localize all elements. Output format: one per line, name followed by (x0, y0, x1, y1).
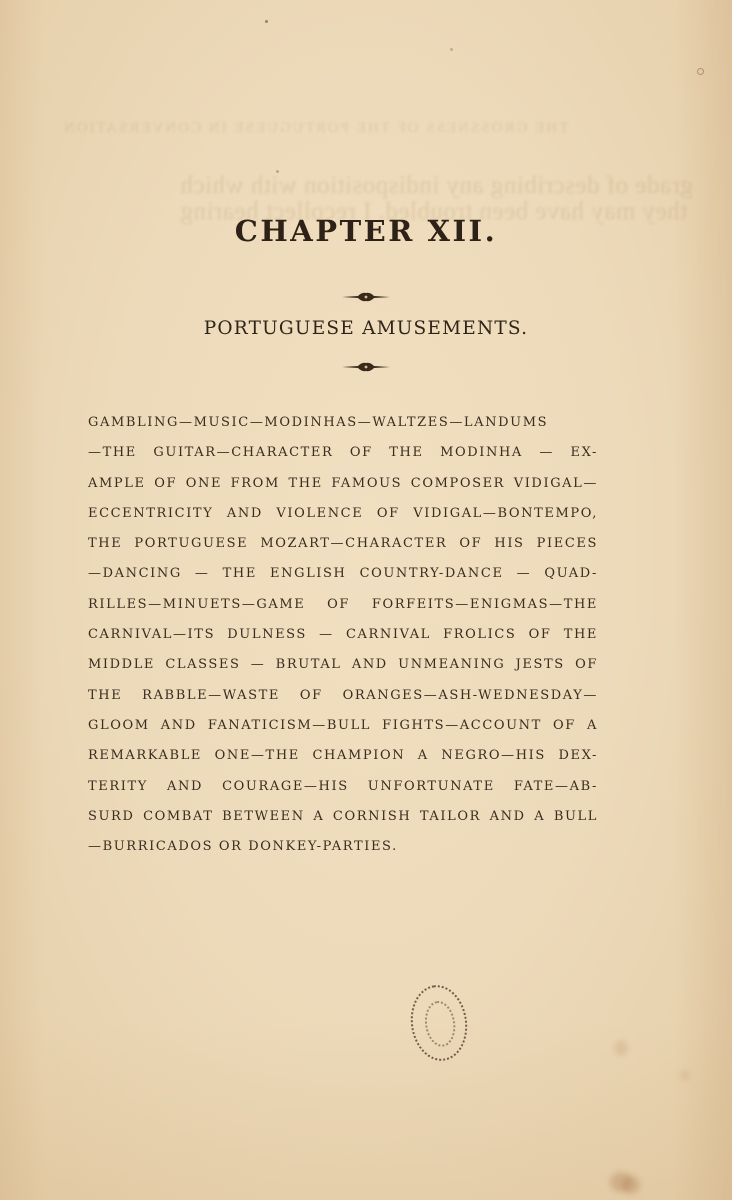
stamp-inner-ring (422, 999, 458, 1049)
synopsis-line: —THE GUITAR—CHARACTER OF THE MODINHA — E… (88, 442, 598, 472)
synopsis-line: MIDDLE CLASSES — BRUTAL AND UNMEANING JE… (88, 654, 598, 684)
synopsis-line: GAMBLING—MUSIC—MODINHAS—WALTZES—LANDUMS (88, 412, 598, 442)
synopsis-line: SURD COMBAT BETWEEN A CORNISH TAILOR AND… (88, 806, 598, 836)
synopsis-line: REMARKABLE ONE—THE CHAMPION A NEGRO—HIS … (88, 745, 598, 775)
ornament-rule-icon (342, 361, 390, 373)
library-stamp-icon (406, 981, 472, 1064)
synopsis-line: —BURRICADOS OR DONKEY-PARTIES. (88, 836, 598, 866)
synopsis-line: AMPLE OF ONE FROM THE FAMOUS COMPOSER VI… (88, 473, 598, 503)
synopsis-line: TERITY AND COURAGE—HIS UNFORTUNATE FATE—… (88, 776, 598, 806)
speck (265, 20, 268, 23)
speck (697, 68, 704, 75)
speck (450, 48, 453, 51)
bleed-through-running-head: THE GROSSNESS OF THE PORTUGUESE IN CONVE… (62, 120, 568, 137)
synopsis-line: THE PORTUGUESE MOZART—CHARACTER OF HIS P… (88, 533, 598, 563)
speck (276, 170, 279, 173)
chapter-synopsis: GAMBLING—MUSIC—MODINHAS—WALTZES—LANDUMS … (88, 412, 598, 866)
synopsis-line: GLOOM AND FANATICISM—BULL FIGHTS—ACCOUNT… (88, 715, 598, 745)
synopsis-line: —DANCING — THE ENGLISH COUNTRY-DANCE — Q… (88, 563, 598, 593)
synopsis-line: CARNIVAL—ITS DULNESS — CARNIVAL FROLICS … (88, 624, 598, 654)
stain (622, 1176, 640, 1194)
stain (680, 1070, 690, 1080)
synopsis-line: THE RABBLE—WASTE OF ORANGES—ASH-WEDNESDA… (88, 685, 598, 715)
ornament-rule-icon (342, 291, 390, 303)
chapter-title: CHAPTER XII. (0, 214, 732, 248)
synopsis-line: ECCENTRICITY AND VIOLENCE OF VIDIGAL—BON… (88, 503, 598, 533)
book-page: THE GROSSNESS OF THE PORTUGUESE IN CONVE… (0, 0, 732, 1200)
section-title: PORTUGUESE AMUSEMENTS. (0, 318, 732, 339)
stain (614, 1040, 628, 1056)
bleed-through-line: grade of describing any indisposition wi… (180, 172, 693, 200)
synopsis-line: RILLES—MINUETS—GAME OF FORFEITS—ENIGMAS—… (88, 594, 598, 624)
